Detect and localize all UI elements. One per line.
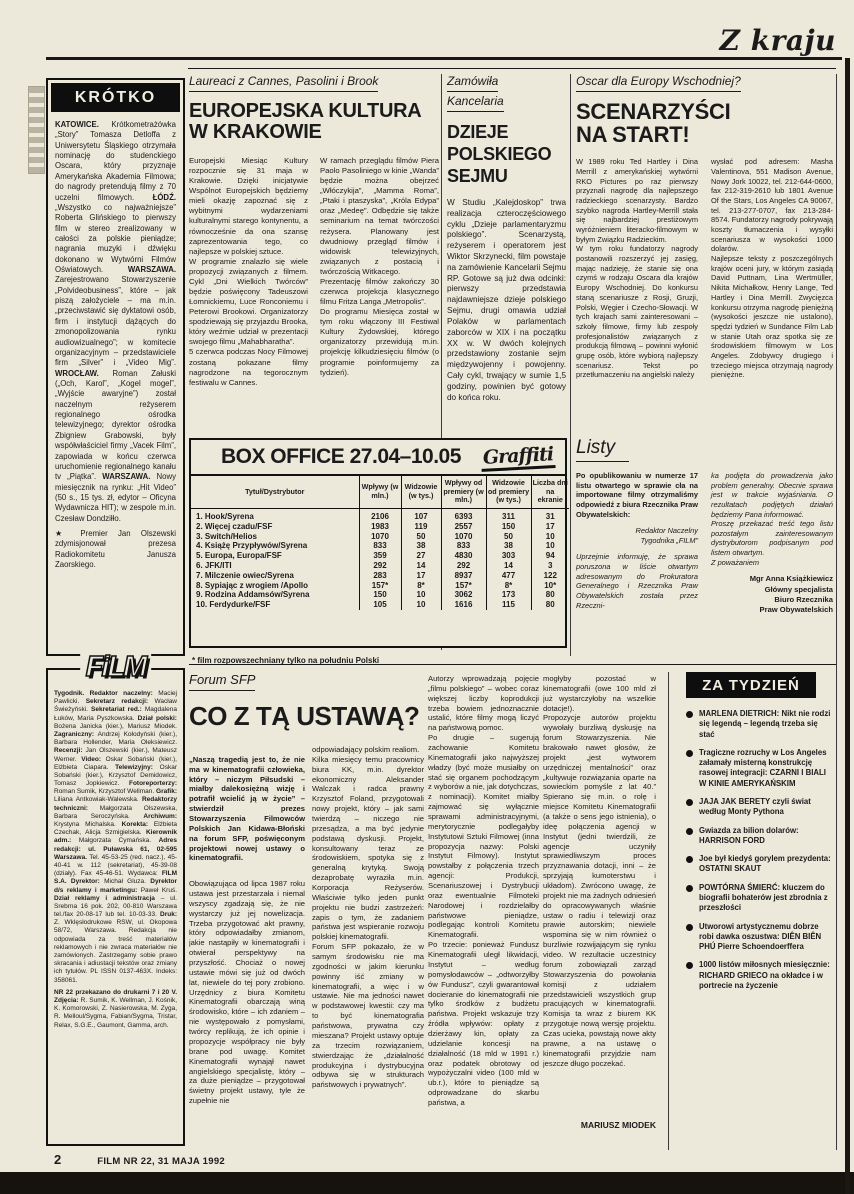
box-office-rows: 1. Hook/Syrena21061076393311312. Więcej … [191, 508, 569, 609]
text-run: Paweł Kruś. [137, 887, 177, 894]
next-week-item-text: Utworowi artystycznemu dobrze robi dawka… [699, 922, 834, 953]
box-office-title: BOX OFFICE 27.04–10.05 [201, 445, 481, 469]
text-run: Roman Załuski („Och, Karol”, „Kogel moge… [55, 369, 176, 482]
text-run: Liliana Antkowiak-Walewska. [54, 796, 142, 803]
col-header-days: Liczba dni na ekranie [531, 476, 569, 508]
film-title-cell: 10. Ferdydurke/FSF [191, 600, 359, 610]
article-sejm: Zamówiła Kancelaria DZIEJE POLSKIEGO SEJ… [447, 74, 566, 416]
value-cell: 122 [531, 571, 569, 581]
bold-run: Sekretarz redakcji: [86, 698, 148, 705]
value-cell: 6393 [441, 508, 486, 521]
film-strip-graphic [28, 86, 45, 174]
value-cell: 17 [401, 571, 441, 581]
col-header-revenue-premiere: Wpływy od pre­miery (w mln.) [441, 476, 486, 508]
value-cell: 8937 [441, 571, 486, 581]
article-krakow-headline: EUROPEJSKA KULTURA W KRAKOWIE [189, 101, 439, 143]
krotko-title-bar: KRÓTKO [51, 83, 180, 112]
value-cell: 359 [359, 551, 401, 561]
film-title-cell: 9. Rodzina Addamsów/Syrena [191, 590, 359, 600]
bold-run: ŁÓDŹ. [153, 193, 176, 202]
value-cell: 10 [531, 541, 569, 551]
col-header-viewers: Widzo­wie (w tys.) [401, 476, 441, 508]
article-oscar-col1: W 1989 roku Ted Hartley i Dina Merrill z… [576, 157, 698, 395]
value-cell: 833 [359, 541, 401, 551]
header-rule-thin [188, 68, 836, 69]
film-masthead-credits: Tygodnik. Redaktor naczelny: Maciej Pawl… [54, 690, 177, 985]
listy-intro: Po opublikowaniu w numerze 17 listu otwa… [576, 471, 698, 519]
krotko-star-item: ★ Premier Jan Olszewski zdymisjonował pr… [55, 529, 176, 570]
krotko-news-text: KATOWICE. Krótkometrażówka „Story” Tomas… [55, 120, 176, 524]
table-row: 7. Milczenie owiec/Syrena283178937477122 [191, 571, 569, 581]
article-krakow: Laureaci z Cannes, Pasolini i Brook EURO… [189, 74, 439, 428]
za-tydzien-title-bar: ZA TYDZIEŃ [686, 672, 816, 698]
next-week-item: Gwiazda za bilion dolarów: HARRISON FORD [686, 826, 834, 847]
text-run: Z. Wklęsłodrukowe RSW, ul. Okopowa 58/72… [54, 919, 177, 983]
column-rule-right [836, 74, 837, 1150]
value-cell: 150 [486, 522, 531, 532]
value-cell: 10 [401, 600, 441, 610]
table-row: 6. JFK/ITI29214292143 [191, 561, 569, 571]
listy-addressee: Redaktor Naczelny Tygodnika „FILM” [576, 526, 698, 545]
bold-run: Dział polski: [138, 715, 177, 722]
bold-run: Fotoreporterzy: [129, 780, 177, 787]
value-cell: 1070 [441, 532, 486, 542]
forum-col2: odpowiadający polskim realiom. Kilka mie… [312, 745, 424, 1147]
article-oscar: Oscar dla Europy Wschodniej? SCENARZYŚCI… [576, 74, 834, 395]
table-row: 4. Książę Przypływów/Syrena833388333810 [191, 541, 569, 551]
next-week-item-text: POWTÓRNA ŚMIERĆ: kluczem do biografii bo… [699, 883, 834, 914]
table-row: 1. Hook/Syrena2106107639331131 [191, 508, 569, 521]
forum-col1-text: Obowiązująca od lipca 1987 roku ustawa j… [189, 879, 305, 1106]
value-cell: 311 [486, 508, 531, 521]
forum-col1: „Naszą tragedią jest to, że nie ma w kin… [189, 745, 305, 1147]
text-run: Michał Gluza. [100, 878, 150, 885]
bold-run: Korekta: [122, 821, 148, 828]
graffiti-logo: Graffiti [480, 443, 555, 472]
bullet-icon [686, 711, 693, 718]
forum-kicker: Forum SFP [189, 672, 429, 691]
bold-run: Dział reklamy i administracja [54, 895, 155, 902]
article-krakow-col2: W ramach przeglądu filmów Piera Paolo Pa… [320, 156, 439, 428]
next-week-item-text: MARLENA DIETRICH: Nikt nie rodzi się leg… [699, 709, 834, 740]
table-row: 3. Switch/Helios10705010705010 [191, 532, 569, 542]
value-cell: 833 [441, 541, 486, 551]
value-cell: 14 [401, 561, 441, 571]
film-title-cell: 6. JFK/ITI [191, 561, 359, 571]
value-cell: 10 [531, 532, 569, 542]
value-cell: 80 [531, 600, 569, 610]
value-cell: 2557 [441, 522, 486, 532]
next-week-item: 1000 listów miłosnych miesięcznie: RICHA… [686, 960, 834, 991]
value-cell: 283 [359, 571, 401, 581]
section-title: Z kraju [640, 24, 836, 57]
forum-col3: Autorzy wprowadzają pojęcie „filmu polsk… [428, 674, 539, 1148]
value-cell: 105 [359, 600, 401, 610]
value-cell: 1616 [441, 600, 486, 610]
col-header-viewers-premiere: Widzo­wie od pre­miery (w tys.) [486, 476, 531, 508]
bold-run: WROCŁAW. [55, 369, 99, 378]
next-week-item-text: 1000 listów miłosnych miesięcznie: RICHA… [699, 960, 834, 991]
value-cell: 27 [401, 551, 441, 561]
value-cell: 14 [486, 561, 531, 571]
text-run: Krótkometrażówka „Story” Tomasza Detloff… [55, 120, 176, 202]
value-cell: 10* [531, 581, 569, 591]
film-title-cell: 8. Sypiając z wrogiem /Apollo [191, 581, 359, 591]
bullet-icon [686, 750, 693, 757]
column-rule-2 [570, 74, 571, 656]
bold-run: Recenzji: [54, 747, 83, 754]
box-office-panel: BOX OFFICE 27.04–10.05 Graffiti Tytuł/Dy… [189, 438, 567, 648]
table-row: 10. Ferdydurke/FSF10510161611580 [191, 600, 569, 610]
text-run: Krystyna Michalska. [54, 821, 122, 828]
value-cell: 50 [401, 532, 441, 542]
forum-intro: „Naszą tragedią jest to, że nie ma w kin… [189, 755, 305, 863]
next-week-item-text: Joe był kiedyś gorylem prezydenta: OSTAT… [699, 854, 834, 875]
scan-edge-right [845, 58, 850, 1194]
article-sejm-headline: DZIEJE POLSKIEGO SEJMU [447, 122, 566, 188]
value-cell: 8* [486, 581, 531, 591]
value-cell: 173 [486, 590, 531, 600]
table-row: 5. Europa, Europa/FSF35927483030394 [191, 551, 569, 561]
za-tydzien-list: MARLENA DIETRICH: Nikt nie rodzi się leg… [686, 709, 834, 991]
box-office-title-row: BOX OFFICE 27.04–10.05 Graffiti [191, 440, 565, 476]
bullet-icon [686, 828, 693, 835]
value-cell: 1983 [359, 522, 401, 532]
bold-run: Druk: [160, 911, 177, 918]
page-footer: 2 FILM NR 22, 31 MAJA 1992 [54, 1152, 225, 1167]
next-week-item: Tragiczne rozruchy w Los Angeles załamał… [686, 748, 834, 789]
listy-col1: Po opublikowaniu w numerze 17 listu otwa… [576, 471, 698, 615]
value-cell: 94 [531, 551, 569, 561]
value-cell: 38 [486, 541, 531, 551]
value-cell: 157* [359, 581, 401, 591]
krotko-body: KATOWICE. Krótkometrażówka „Story” Tomas… [48, 115, 183, 618]
value-cell: 3062 [441, 590, 486, 600]
column-rule-3 [668, 672, 669, 1150]
bold-run: Archiwum: [143, 813, 177, 820]
film-masthead-box: FiLM Tygodnik. Redaktor naczelny: Maciej… [46, 668, 185, 1146]
value-cell: 115 [486, 600, 531, 610]
bold-run: WARSZAWA. [128, 265, 176, 274]
film-title-cell: 7. Milczenie owiec/Syrena [191, 571, 359, 581]
article-oscar-col2: wysłać pod adresem: Masha Valentinova, 5… [711, 157, 833, 395]
box-office-table: Tytuł/Dystrybutor Wpływy (w mln.) Widzo­… [191, 476, 569, 610]
article-krakow-kicker: Laureaci z Cannes, Pasolini i Brook [189, 74, 439, 92]
forum-byline: MARIUSZ MIODEK [543, 1120, 656, 1130]
listy-letter-col1: Uprzejmie informuję, że sprawa poruszona… [576, 552, 698, 610]
next-week-item: MARLENA DIETRICH: Nikt nie rodzi się leg… [686, 709, 834, 740]
text-run: Zarejestrowano Stowarzyszenie „Polvideob… [55, 275, 176, 367]
value-cell: 3 [531, 561, 569, 571]
table-row: 9. Rodzina Addamsów/Syrena15010306217380 [191, 590, 569, 600]
article-sejm-kicker: Zamówiła Kancelaria [447, 74, 566, 112]
film-logo: FiLM [80, 653, 152, 682]
scan-edge-bottom [0, 1172, 854, 1194]
forum-col4: mogłyby pozostać w kinematografii (owe 1… [543, 674, 656, 1112]
value-cell: 292 [359, 561, 401, 571]
col-header-title: Tytuł/Dystrybutor [191, 476, 359, 508]
value-cell: 50 [486, 532, 531, 542]
value-cell: 1070 [359, 532, 401, 542]
listy-col2: ka podjęta do prowadzenia jako problem g… [711, 471, 833, 615]
value-cell: 119 [401, 522, 441, 532]
article-krakow-col1: Europejski Miesiąc Kultury rozpocznie si… [189, 156, 308, 428]
value-cell: 150 [359, 590, 401, 600]
value-cell: 17 [531, 522, 569, 532]
article-oscar-kicker-text: Oscar dla Europy Wschodniej? [576, 74, 741, 92]
film-title-cell: 3. Switch/Helios [191, 532, 359, 542]
bold-run: Tygodnik. Redaktor naczelny: [54, 690, 153, 697]
issue-line: FILM NR 22, 31 MAJA 1992 [97, 1156, 225, 1167]
listy-heading: Listy [576, 437, 629, 462]
value-cell: 303 [486, 551, 531, 561]
next-week-item-text: Tragiczne rozruchy w Los Angeles załamał… [699, 748, 834, 789]
next-week-item-text: JAJA JAK BERETY czyli świat według Monty… [699, 797, 834, 818]
bold-run: WARSZAWA. [102, 472, 150, 481]
value-cell: 292 [441, 561, 486, 571]
bold-run: Sekretariat red.: [91, 706, 142, 713]
film-title-cell: 1. Hook/Syrena [191, 508, 359, 521]
table-row: 8. Sypiając z wrogiem /Apollo157*8*157*8… [191, 581, 569, 591]
bold-run: Telewizyjny: [115, 764, 153, 771]
forum-headline: CO Z TĄ USTAWĄ? [189, 703, 429, 730]
article-oscar-kicker: Oscar dla Europy Wschodniej? [576, 74, 834, 92]
bold-run: KATOWICE. [55, 120, 99, 129]
next-week-item: POWTÓRNA ŚMIERĆ: kluczem do biografii bo… [686, 883, 834, 914]
article-oscar-headline: SCENARZYŚCI NA START! [576, 100, 834, 146]
film-masthead-note: NR 22 przekazano do drukarni 7 i 20 V. Z… [54, 989, 177, 1030]
bullet-icon [686, 856, 693, 863]
forum-kicker-text: Forum SFP [189, 672, 255, 691]
header-rule-thick [46, 57, 842, 60]
col-header-revenue: Wpływy (w mln.) [359, 476, 401, 508]
bottom-zone-rule [189, 664, 836, 665]
text-run: Bożena Janicka (kier.), Mariusz Miodek. [54, 723, 177, 730]
table-row: 2. Więcej czadu/FSF1983119255715017 [191, 522, 569, 532]
value-cell: 38 [401, 541, 441, 551]
text-run: Małgorzata Cymańska. [71, 837, 158, 844]
box-office-header: Tytuł/Dystrybutor Wpływy (w mln.) Widzo­… [191, 476, 569, 508]
bullet-icon [686, 962, 693, 969]
value-cell: 2106 [359, 508, 401, 521]
value-cell: 4830 [441, 551, 486, 561]
film-title-cell: 4. Książę Przypływów/Syrena [191, 541, 359, 551]
next-week-item: Joe był kiedyś gorylem prezydenta: OSTAT… [686, 854, 834, 875]
next-week-item-text: Gwiazda za bilion dolarów: HARRISON FORD [699, 826, 834, 847]
value-cell: 8* [401, 581, 441, 591]
value-cell: 477 [486, 571, 531, 581]
bold-run: Zagraniczny: [54, 731, 94, 738]
article-sejm-kicker-line2: Kancelaria [447, 94, 504, 112]
next-week-item: Utworowi artystycznemu dobrze robi dawka… [686, 922, 834, 953]
listy-section: Listy Po opublikowaniu w numerze 17 list… [576, 437, 834, 615]
value-cell: 107 [401, 508, 441, 521]
listy-letter-col2: ka podjęta do prowadzenia jako problem g… [711, 471, 833, 567]
film-masthead-body: Tygodnik. Redaktor naczelny: Maciej Pawl… [54, 690, 177, 1130]
page-number: 2 [54, 1152, 61, 1167]
value-cell: 10 [401, 590, 441, 600]
listy-signature: Mgr Anna Książkiewicz Główny specjalista… [711, 574, 833, 615]
article-sejm-kicker-line1: Zamówiła [447, 74, 498, 92]
bold-run: Grafik: [156, 788, 177, 795]
bullet-icon [686, 924, 693, 931]
film-title-cell: 5. Europa, Europa/FSF [191, 551, 359, 561]
next-week-item: JAJA JAK BERETY czyli świat według Monty… [686, 797, 834, 818]
bullet-icon [686, 799, 693, 806]
value-cell: 31 [531, 508, 569, 521]
text-run: „Wszystko co najważniejsze” Roberta Gliń… [55, 203, 176, 274]
article-sejm-body: W Studiu „Kalejdoskop” trwa realizacja c… [447, 198, 566, 416]
za-tydzien-box: ZA TYDZIEŃ MARLENA DIETRICH: Nikt nie ro… [686, 672, 834, 999]
value-cell: 157* [441, 581, 486, 591]
bullet-icon [686, 885, 693, 892]
bold-run: Video: [81, 756, 101, 763]
film-title-cell: 2. Więcej czadu/FSF [191, 522, 359, 532]
article-krakow-kicker-text: Laureaci z Cannes, Pasolini i Brook [189, 74, 378, 92]
text-run: Roman Sumik, Krzysztof Wellman. [54, 788, 156, 795]
value-cell: 80 [531, 590, 569, 600]
forum-header: Forum SFP CO Z TĄ USTAWĄ? [189, 672, 429, 731]
krotko-box: KRÓTKO KATOWICE. Krótkometrażówka „Story… [46, 78, 185, 656]
